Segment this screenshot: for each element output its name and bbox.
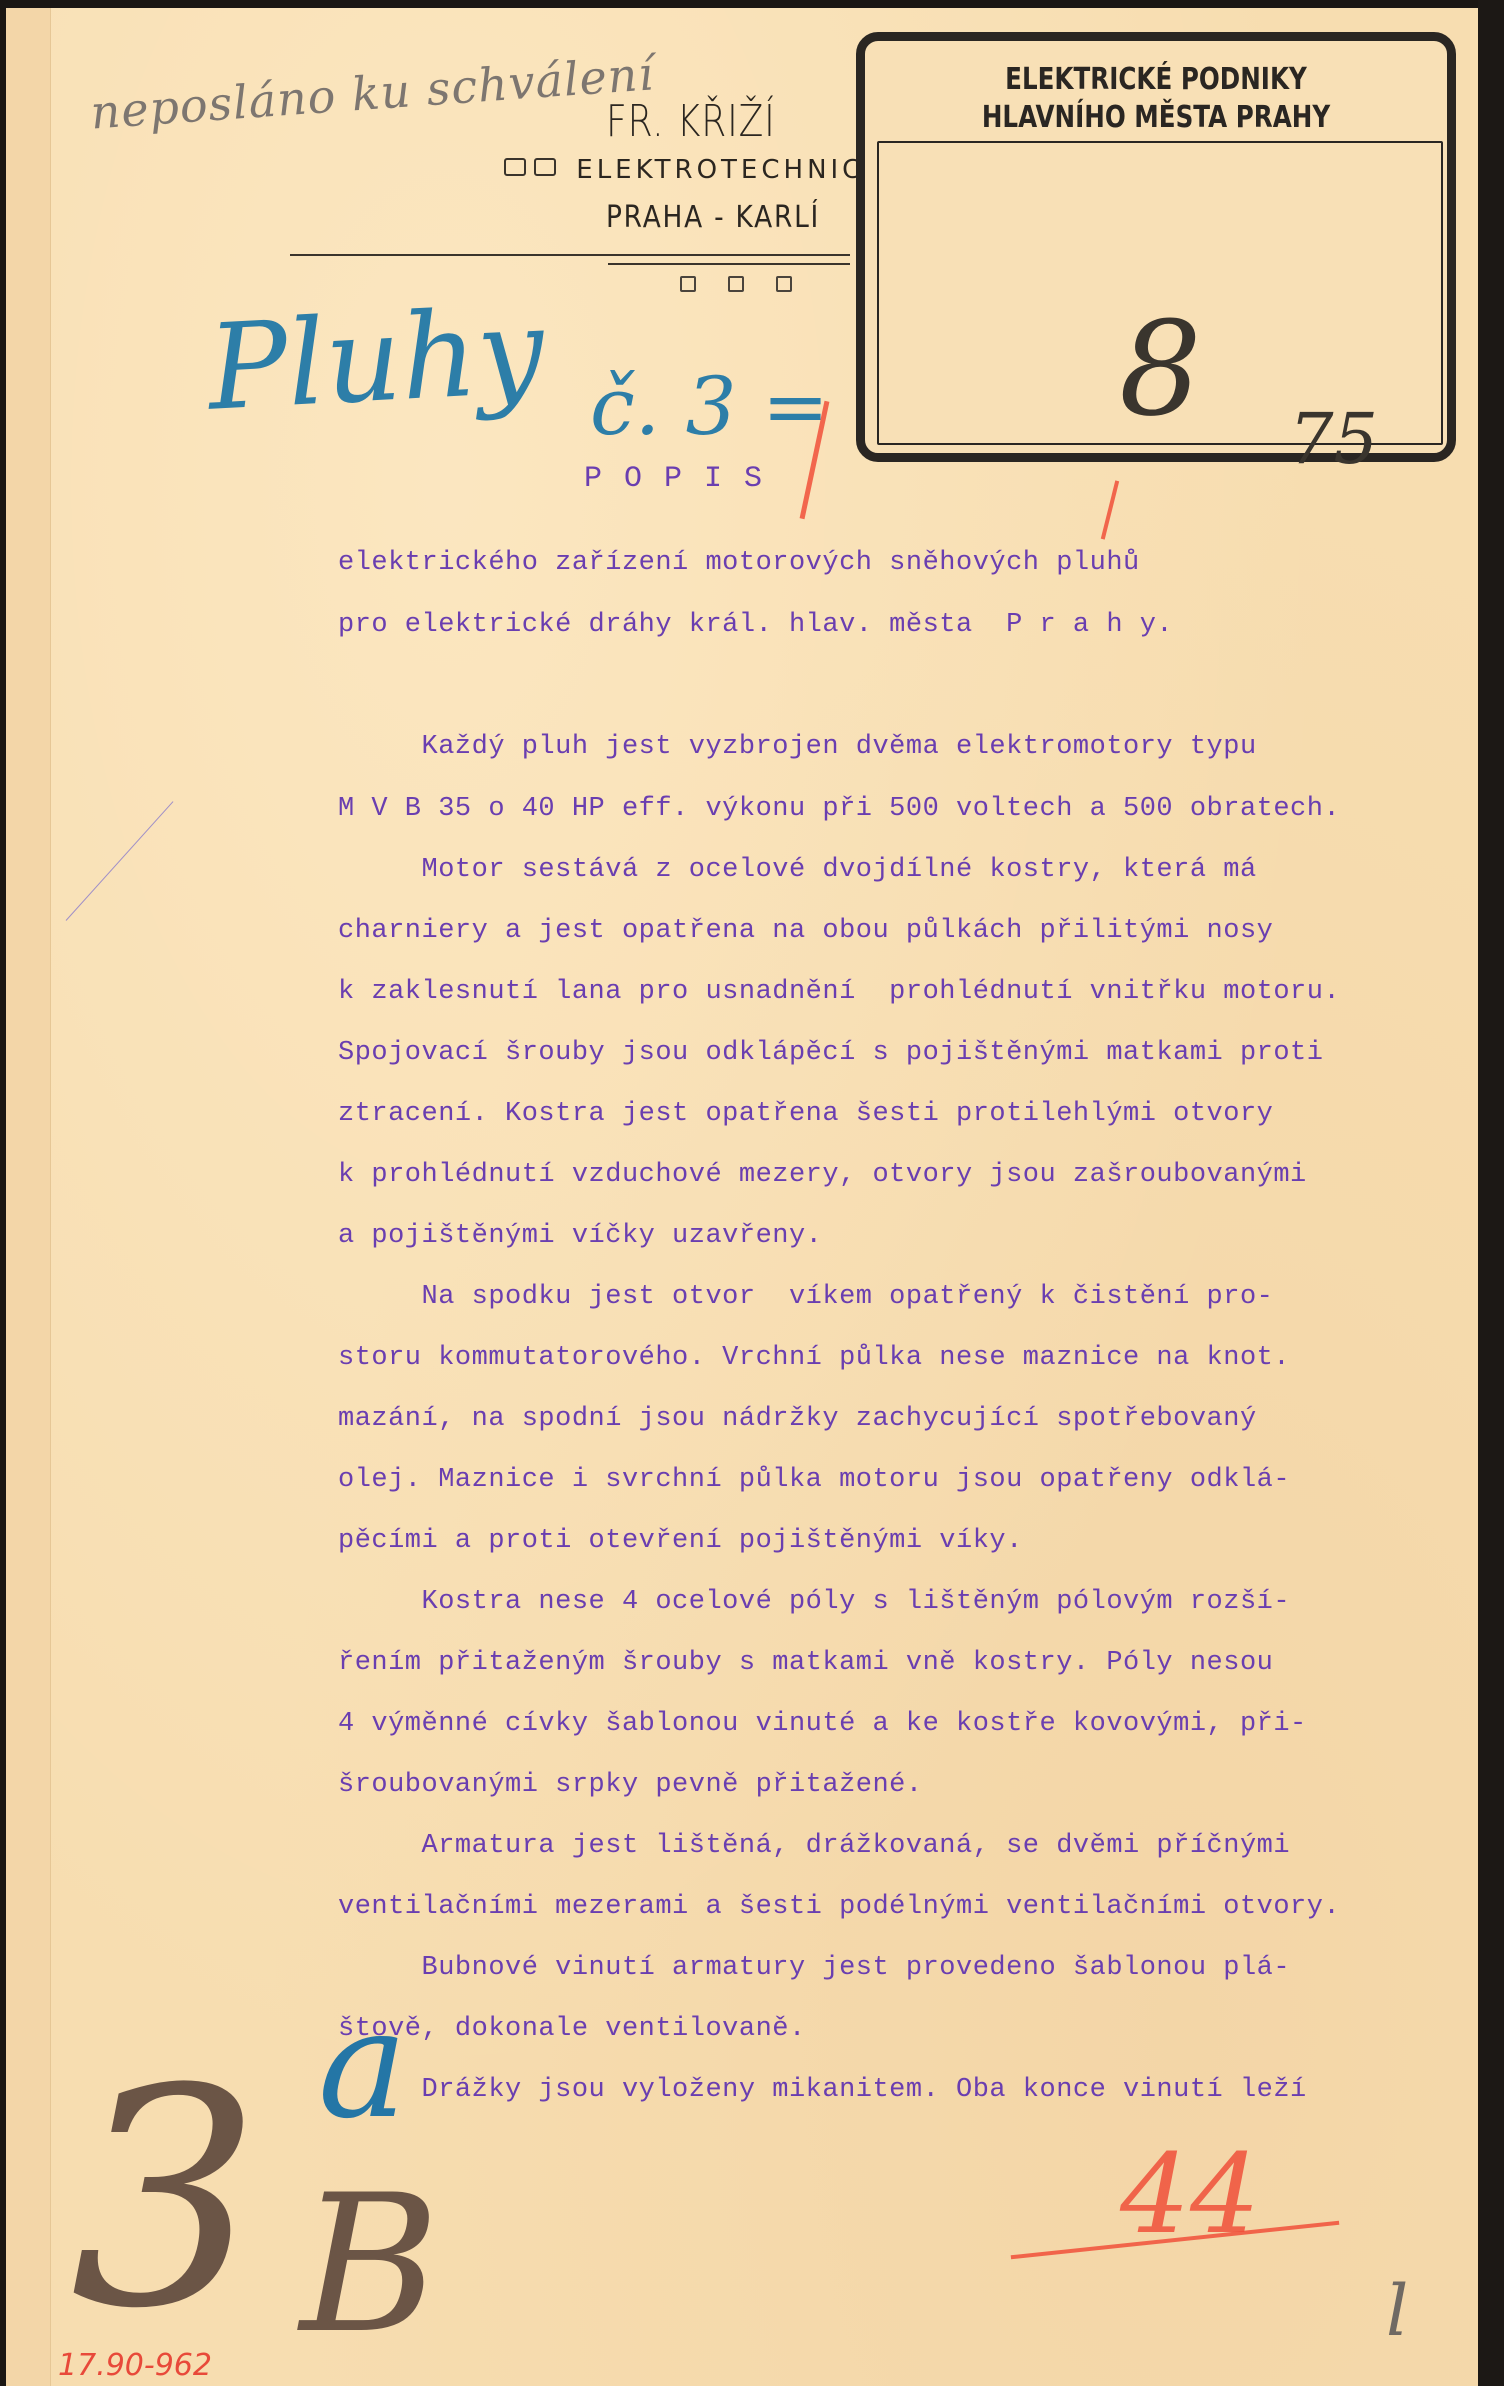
pencil-mark: l <box>1386 2270 1408 2352</box>
body-line: storu kommutatorového. Vrchní půlka nese… <box>338 1343 1458 1373</box>
stamp-title-line2: HLAVNÍHO MĚSTA PRAHY <box>917 99 1394 137</box>
body-line: 4 výměnné cívky šablonou vinuté a ke kos… <box>338 1709 1458 1739</box>
body-line: ventilačními mezerami a šesti podélnými … <box>338 1892 1458 1922</box>
body-line: šroubovanými srpky pevně přitažené. <box>338 1770 1458 1800</box>
registry-stamp: ELEKTRICKÉ PODNIKY HLAVNÍHO MĚSTA PRAHY … <box>856 32 1456 462</box>
letterhead-city: PRAHA - KARLÍ <box>606 200 820 235</box>
body-line: štově, dokonale ventilovaně. <box>338 2014 1458 2044</box>
handwritten-letter: B <box>300 2170 440 2360</box>
archive-code: 17.90-962 <box>58 2348 212 2383</box>
body-line: řením přitaženým šrouby s matkami vně ko… <box>338 1648 1458 1678</box>
blue-crayon-letter: a <box>318 1990 407 2140</box>
letterhead-company-name: FR. KŘIŽÍ <box>606 96 776 147</box>
body-line: k zaklesnutí lana pro usnadnění prohlédn… <box>338 977 1458 1007</box>
stamp-sub-number: 75 <box>1289 398 1378 480</box>
body-line: ztracení. Kostra jest opatřena šesti pro… <box>338 1099 1458 1129</box>
ornament-icon <box>534 158 556 176</box>
letterhead-rule <box>290 254 850 256</box>
body-line: olej. Maznice i svrchní půlka motoru jso… <box>338 1465 1458 1495</box>
body-line: Bubnové vinutí armatury jest provedeno š… <box>338 1953 1458 1983</box>
body-line: charniery a jest opatřena na obou půlkác… <box>338 916 1458 946</box>
body-line: M V B 35 o 40 HP eff. výkonu při 500 vol… <box>338 794 1458 824</box>
stamp-number: 8 <box>1119 293 1202 445</box>
stamp-title-line1: ELEKTRICKÉ PODNIKY <box>917 61 1394 99</box>
stamp-inner-box: 8 75 <box>877 141 1443 445</box>
ornament-icon <box>728 276 744 292</box>
body-line: a pojištěnými víčky uzavřeny. <box>338 1221 1458 1251</box>
document-subheading-line: elektrického zařízení motorových sněhový… <box>338 548 1458 578</box>
body-line: Spojovací šrouby jsou odklápěcí s pojišt… <box>338 1038 1458 1068</box>
scan-background-edge <box>1478 0 1504 2386</box>
letterhead-subtitle: ELEKTROTECHNICKÝ <box>504 155 904 185</box>
blue-crayon-title: Pluhy <box>205 281 548 436</box>
document-heading: POPIS <box>584 462 784 496</box>
page-left-fold <box>6 8 51 2386</box>
document-subheading-line: pro elektrické dráhy král. hlav. města P… <box>338 610 1458 640</box>
handwritten-numeral: 3 <box>70 2050 261 2350</box>
stamp-title: ELEKTRICKÉ PODNIKY HLAVNÍHO MĚSTA PRAHY <box>917 61 1394 137</box>
body-line: pěcími a proti otevření pojištěnými víky… <box>338 1526 1458 1556</box>
letterhead-rule-short <box>608 263 850 265</box>
body-line: Motor sestává z ocelové dvojdílné kostry… <box>338 855 1458 885</box>
ornament-icon <box>680 276 696 292</box>
body-line: k prohlédnutí vzduchové mezery, otvory j… <box>338 1160 1458 1190</box>
ornament-icon <box>504 158 526 176</box>
body-line: Drážky jsou vyloženy mikanitem. Oba konc… <box>338 2075 1458 2105</box>
blue-crayon-suffix: č. 3 = <box>590 360 829 453</box>
body-line: Každý pluh jest vyzbrojen dvěma elektrom… <box>338 732 1458 762</box>
body-line: Na spodku jest otvor víkem opatřený k či… <box>338 1282 1458 1312</box>
ornament-icon <box>776 276 792 292</box>
body-line: Armatura jest lištěná, drážkovaná, se dv… <box>338 1831 1458 1861</box>
body-line: mazání, na spodní jsou nádržky zachycují… <box>338 1404 1458 1434</box>
body-line: Kostra nese 4 ocelové póly s lištěným pó… <box>338 1587 1458 1617</box>
